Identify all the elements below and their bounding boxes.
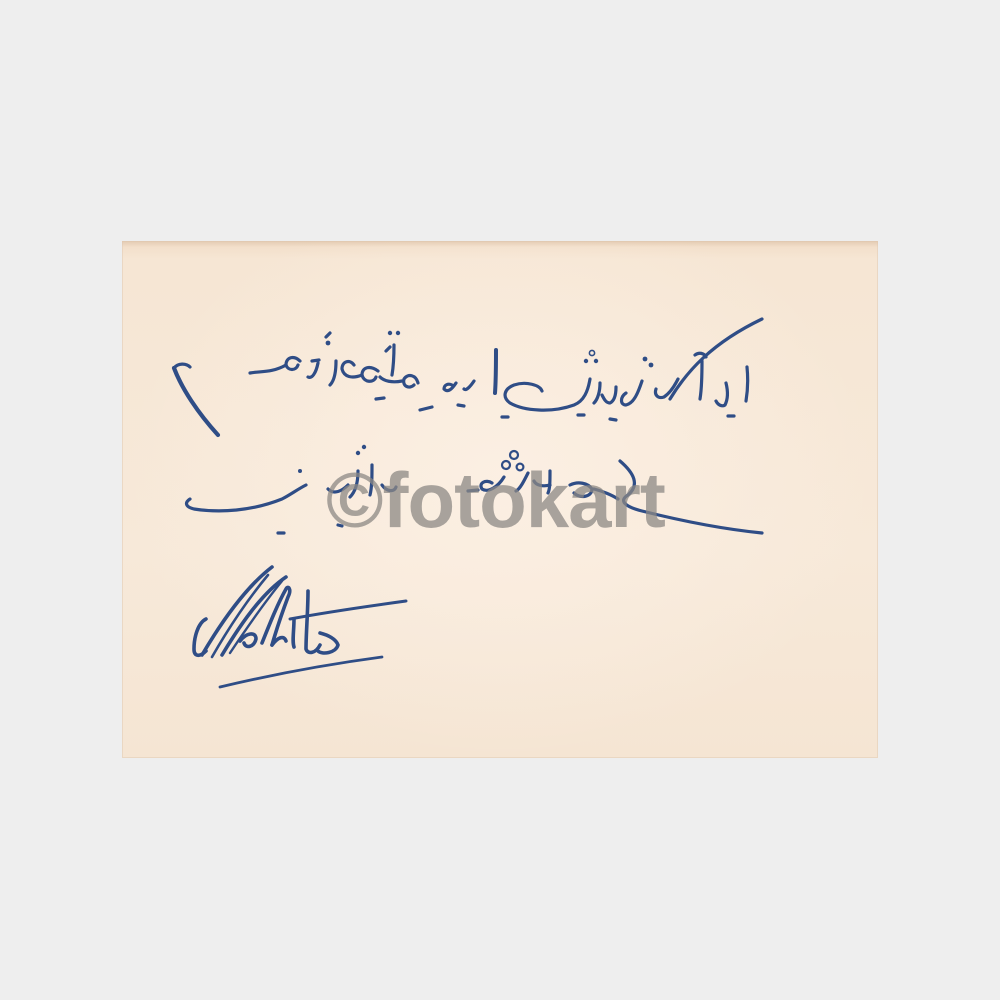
handwritten-card: handwritten dedication line (Arabic scri… bbox=[122, 241, 878, 758]
handwriting-line-2 bbox=[187, 445, 762, 533]
signature bbox=[194, 567, 406, 687]
handwriting-ink bbox=[122, 241, 878, 758]
handwriting-line-1 bbox=[174, 319, 762, 435]
photo-stage: handwritten dedication line (Arabic scri… bbox=[0, 0, 1000, 1000]
